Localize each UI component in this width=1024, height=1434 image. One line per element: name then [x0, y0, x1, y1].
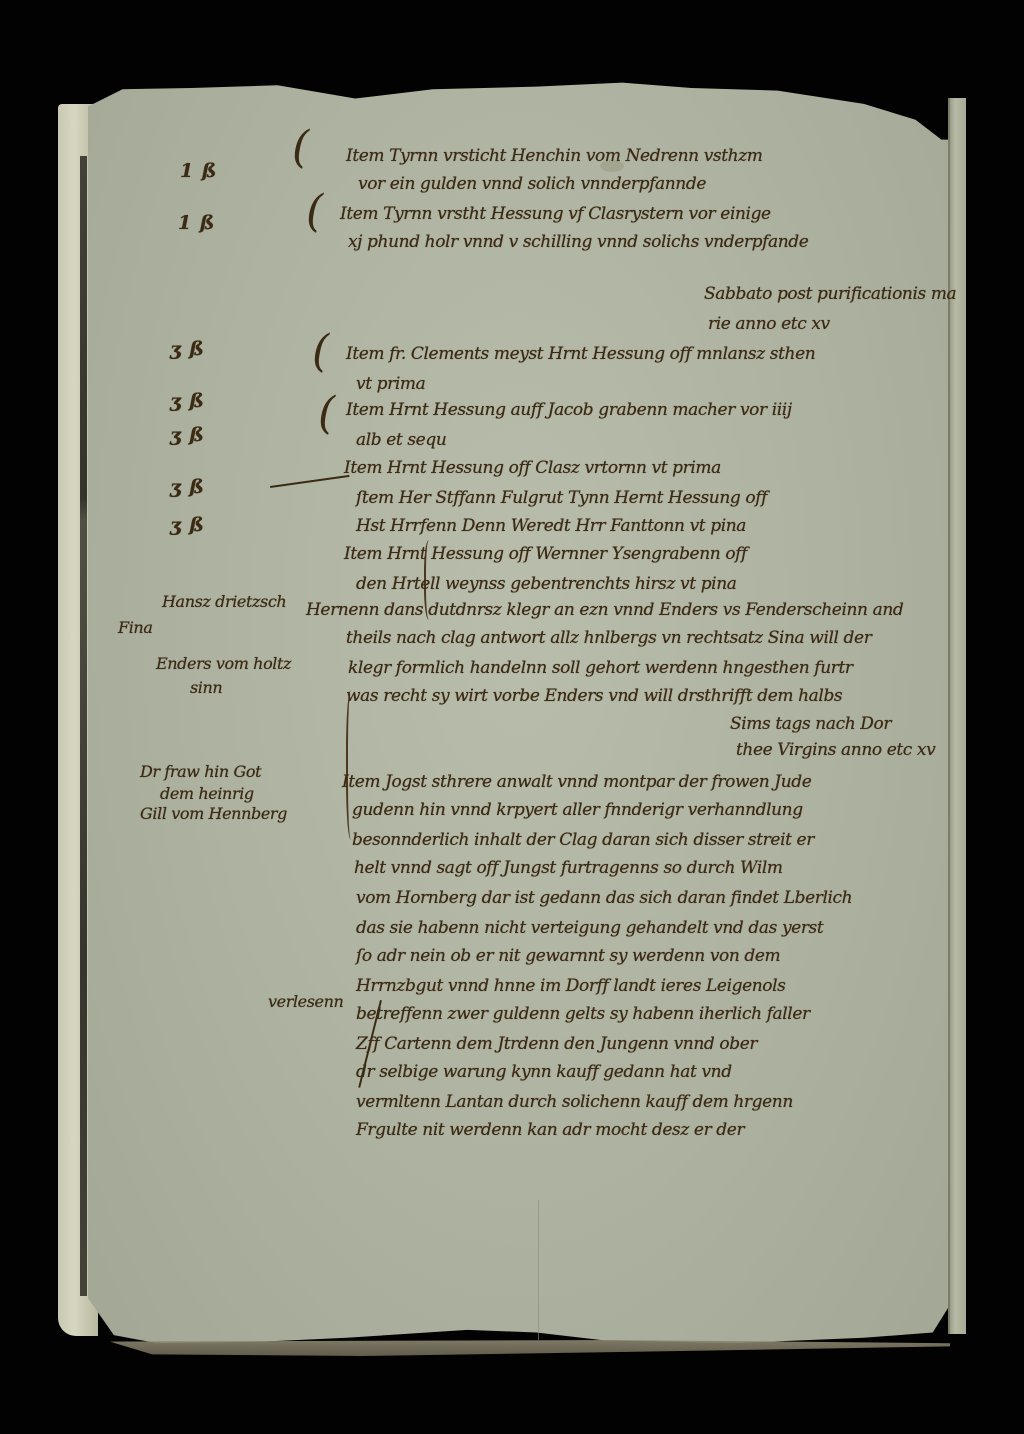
text-line: dr selbige warung kynn kauff gedann hat …: [356, 1064, 732, 1081]
text-line: Item fr. Clements meyst Hrnt Hessung off…: [346, 346, 815, 363]
text-line: gudenn hin vnnd krpyert aller fnnderigr …: [352, 802, 803, 819]
text-line: vor ein gulden vnnd solich vnnderpfannde: [358, 176, 706, 193]
text-line: Item Jogst sthrere anwalt vnnd montpar d…: [342, 774, 811, 791]
text-line: den Hrtell weynss gebentrenchts hirsz vt…: [356, 576, 737, 593]
text-line: vom Hornberg dar ist gedann das sich dar…: [356, 890, 852, 907]
text-line: ſtem Her Stffann Fulgrut Tynn Hernt Hess…: [356, 490, 767, 507]
margin-note: Hansz drietzsch: [162, 594, 286, 610]
text-line: Hst Hrrfenn Denn Weredt Hrr Fanttonn vt …: [356, 518, 746, 535]
binding-gutter: [80, 156, 87, 1296]
margin-note: Enders vom holtz: [156, 656, 291, 672]
margin-tally: ʒ ß: [170, 478, 205, 497]
text-line: vermltenn Lantan durch solichenn kauff d…: [356, 1094, 793, 1111]
date-line: rie anno etc xv: [708, 316, 830, 333]
text-line: Hernenn dans dutdnrsz klegr an ezn vnnd …: [306, 602, 903, 619]
text-line: Item Hrnt Hessung off Clasz vrtornn vt p…: [344, 460, 721, 477]
text-line: betreffenn zwer guldenn gelts sy habenn …: [356, 1006, 810, 1023]
text-line: vt prima: [356, 376, 425, 393]
date-line: Sabbato post purificationis ma: [704, 286, 956, 303]
margin-tally: ʒ ß: [170, 340, 205, 359]
margin-tally: 1 ß: [180, 162, 217, 181]
text-line: was recht sy wirt vorbe Enders vnd will …: [346, 688, 842, 705]
initial-stroke: (: [312, 330, 329, 374]
margin-note: dem heinrig: [160, 786, 254, 802]
text-line: Hrrnzbgut vnnd hnne im Dorff landt ieres…: [356, 978, 786, 995]
date-line: Sims tags nach Dor: [730, 716, 891, 733]
text-line: xj phund holr vnnd v schilling vnnd soli…: [348, 234, 808, 251]
text-line: Item Tyrnn vrsticht Henchin vom Nedrenn …: [346, 148, 762, 165]
text-line: theils nach clag antwort allz hnlbergs v…: [346, 630, 871, 647]
initial-stroke: (: [318, 392, 335, 436]
text-line: das sie habenn nicht verteigung gehandel…: [356, 920, 823, 937]
text-line: ſo adr nein ob er nit gewarnnt sy werden…: [356, 948, 780, 965]
margin-note: Dr fraw hin Got: [140, 764, 261, 780]
text-line: alb et sequ: [356, 432, 446, 449]
margin-note: sinn: [190, 680, 222, 696]
margin-note: verlesenn: [268, 994, 343, 1010]
margin-tally: ʒ ß: [170, 426, 205, 445]
text-line: Zff Cartenn dem Jtrdenn den Jungenn vnnd…: [356, 1036, 757, 1053]
margin-note: Fina: [118, 620, 152, 636]
text-line: Frgulte nit werdenn kan adr mocht desz e…: [356, 1122, 744, 1139]
text-line: Item Hrnt Hessung off Wernner Ysengraben…: [344, 546, 747, 563]
text-line: Item Hrnt Hessung auff Jacob grabenn mac…: [346, 402, 792, 419]
text-line: klegr formlich handelnn soll gehort werd…: [348, 660, 853, 677]
paper-crease: [538, 1200, 539, 1340]
text-line: besonnderlich inhalt der Clag daran sich…: [352, 832, 814, 849]
initial-stroke: (: [292, 126, 309, 170]
margin-tally: ʒ ß: [170, 392, 205, 411]
text-line: Item Tyrnn vrstht Hessung vf Clasrystern…: [340, 206, 771, 223]
date-line: thee Virgins anno etc xv: [736, 742, 935, 759]
text-line: helt vnnd sagt off Jungst furtragenns so…: [354, 860, 783, 877]
initial-stroke: (: [306, 190, 323, 234]
margin-note: Gill vom Hennberg: [140, 806, 287, 822]
margin-tally: ʒ ß: [170, 516, 205, 535]
margin-tally: 1 ß: [178, 214, 215, 233]
